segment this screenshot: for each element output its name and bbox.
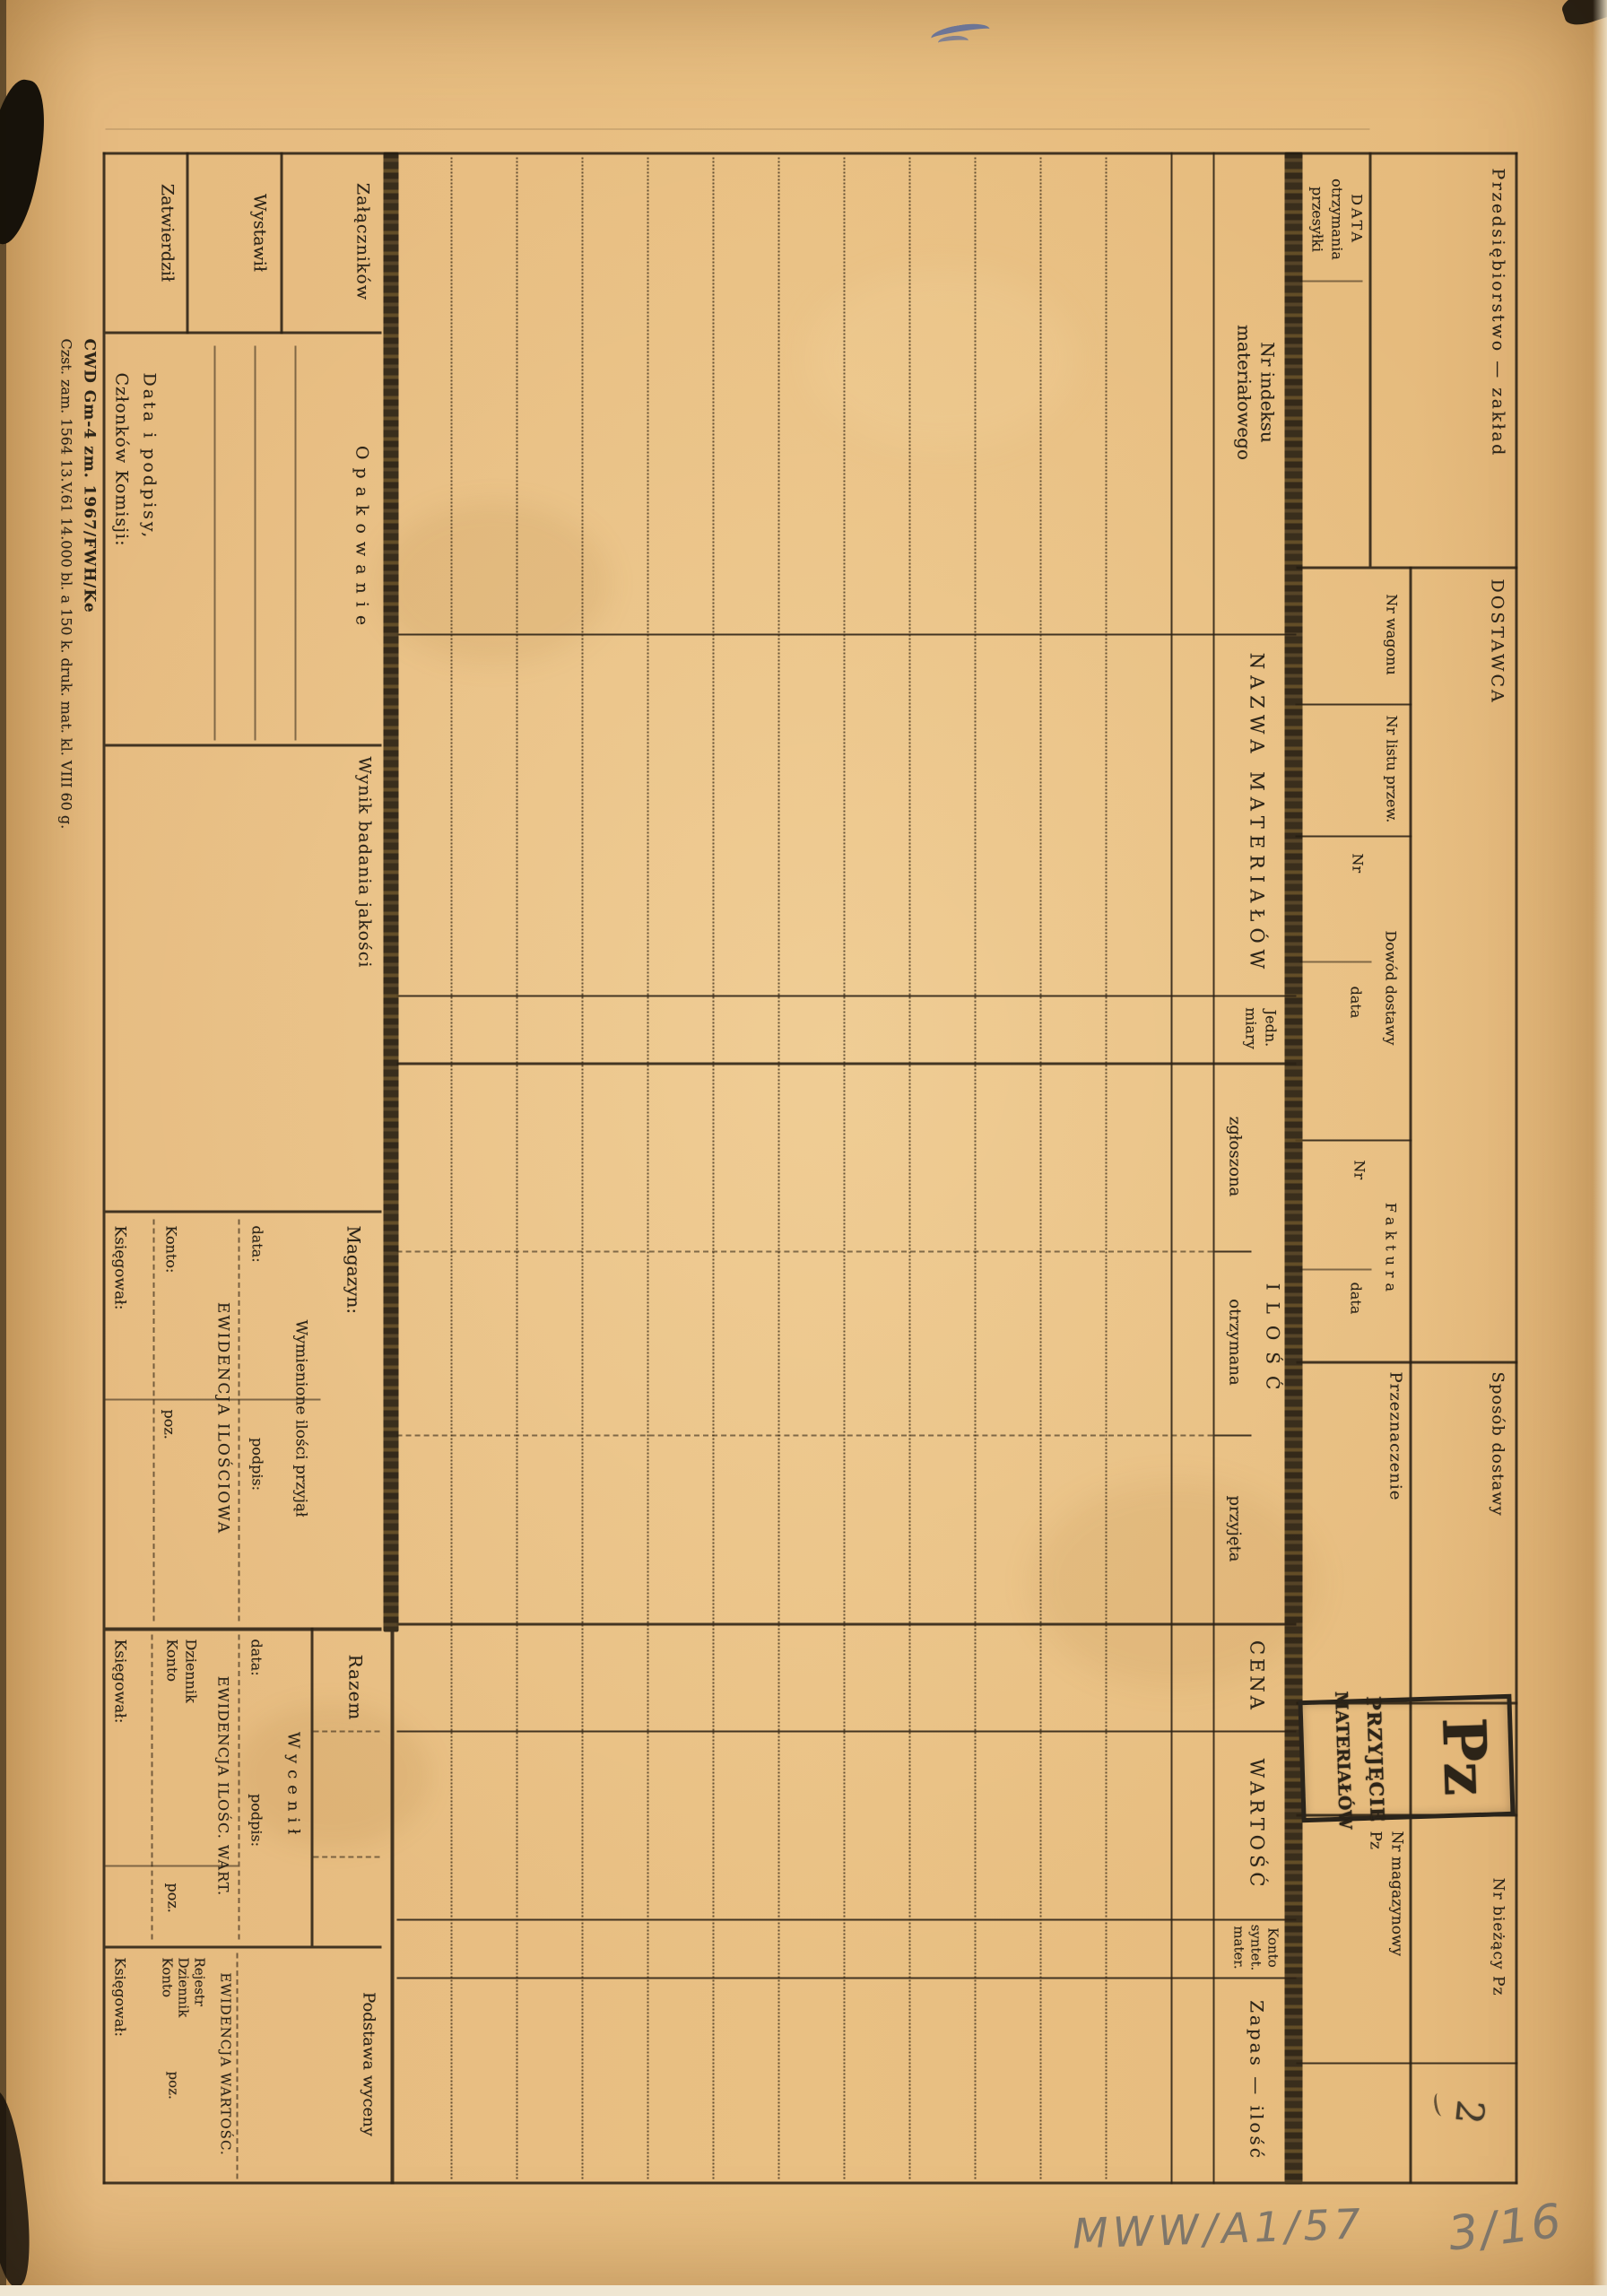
scan-background-bottom xyxy=(0,2285,1607,2296)
col-header-stock: Zapas — ilość xyxy=(1248,2000,1266,2161)
border-line xyxy=(106,744,382,747)
date-received-label-1: DATA xyxy=(1350,194,1364,245)
basis-ledger-label: EWIDENCJA WARTOŚC. xyxy=(219,1972,232,2155)
table-row-separator xyxy=(582,158,584,2179)
wagon-no-label: Nr wagonu xyxy=(1385,594,1399,674)
col-line-qty-sub-2-body xyxy=(397,1435,1213,1437)
magazyn-account-label: Konto: xyxy=(164,1226,178,1274)
border-line xyxy=(281,152,283,335)
magazyn-title: Magazyn: xyxy=(345,1226,363,1315)
razem-band-bottom-line xyxy=(311,1628,314,1946)
torn-edge-right xyxy=(1593,0,1607,2296)
valuation-account-label: Konto xyxy=(165,1639,179,1683)
table-row-separator xyxy=(778,158,780,2179)
basis-account-label: Konto xyxy=(161,1958,174,1998)
issued-by-label: Wystawił xyxy=(251,194,268,272)
scan-edge-shadow-left xyxy=(0,0,6,2296)
delivery-doc-date-label: data xyxy=(1349,987,1363,1019)
waybill-no-label: Nr listu przew. xyxy=(1385,716,1399,823)
basis-title: Podstawa wyceny xyxy=(360,1992,377,2136)
table-row-separator xyxy=(451,158,453,2179)
attachments-label: Załączników xyxy=(354,183,371,300)
committee-caption-2: Członków Komisji: xyxy=(113,373,130,547)
col-header-value: WARTOŚĆ xyxy=(1247,1759,1266,1892)
basis-register-label: Rejestr xyxy=(193,1958,206,2007)
border-line xyxy=(1297,1361,1518,1364)
border-line xyxy=(1410,567,1412,2184)
basis-booked-label: Księgował: xyxy=(113,1958,127,2037)
invoice-label: Faktura xyxy=(1384,1203,1398,1297)
col-header-index-2: materiałowego xyxy=(1236,325,1254,460)
table-row-separator xyxy=(844,158,846,2179)
razem-band-divider xyxy=(314,1731,380,1733)
valuation-journal-label: Dziennik xyxy=(184,1639,198,1703)
table-row-separator xyxy=(517,158,518,2179)
paper-fold-line xyxy=(106,129,1370,130)
border-line xyxy=(1296,704,1412,706)
magazyn-signature-label: podpis: xyxy=(250,1438,265,1491)
scanned-document-page: Przedsiębiorstwo — zakład DATA otrzymani… xyxy=(0,0,1607,2296)
page-reference-handwriting: 3/16 xyxy=(1446,2197,1566,2257)
border-line xyxy=(1297,2063,1518,2065)
packaging-label: Opakowanie xyxy=(353,446,370,633)
border-line xyxy=(106,1946,382,1949)
delivery-method-label: Sposób dostawy xyxy=(1490,1372,1506,1517)
dashed-rule xyxy=(237,1953,239,2179)
summary-row-label: Razem xyxy=(347,1655,365,1721)
table-row-separator xyxy=(647,158,649,2179)
table-header-bottom-line xyxy=(1213,152,1215,2185)
valuation-booked-label: Księgował: xyxy=(112,1639,127,1724)
magazyn-booked-label: Księgował: xyxy=(112,1226,127,1310)
current-no-label: Nr bieżący Pz xyxy=(1490,1878,1506,1996)
basis-poz-label: poz. xyxy=(167,2072,180,2100)
border-line xyxy=(1296,836,1412,838)
col-header-qty-received: otrzymana xyxy=(1227,1299,1243,1385)
col-header-price: CENA xyxy=(1247,1640,1266,1713)
col-line-value-account xyxy=(397,1919,1297,1921)
col-line-price-value xyxy=(397,1731,1297,1733)
col-line-qty-price xyxy=(397,1623,1297,1626)
col-header-qty-accepted: przyjęta xyxy=(1227,1496,1243,1562)
border-line xyxy=(187,152,189,335)
valuation-date-label: data: xyxy=(249,1639,264,1676)
signature-rule-line xyxy=(214,346,216,741)
magazyn-date-label: data: xyxy=(250,1226,265,1263)
col-line-name-unit xyxy=(397,996,1297,997)
col-header-account-1: Konto xyxy=(1266,1927,1280,1968)
dashed-rule xyxy=(239,1220,240,1622)
col-header-index-1: Nr indeksu xyxy=(1259,342,1277,443)
table-row-separator xyxy=(975,158,977,2179)
company-label: Przedsiębiorstwo — zakład xyxy=(1490,169,1507,457)
date-received-label-3: przesyłki xyxy=(1310,187,1325,252)
heavy-separator-bar xyxy=(1285,152,1303,2185)
invoice-divider-tick xyxy=(1300,1269,1372,1271)
form-rotated-canvas: Przedsiębiorstwo — zakład DATA otrzymani… xyxy=(48,117,1607,2260)
delivery-doc-label: Dowód dostawy xyxy=(1384,931,1398,1046)
col-line-unit-qty xyxy=(397,1063,1297,1065)
invoice-nr-label: Nr xyxy=(1352,1161,1367,1180)
signature-rule-line xyxy=(295,346,297,741)
form-border-top xyxy=(1516,152,1518,2185)
pz-receipt-stamp: Pz PRZYJĘCIE MATERIAŁÓW xyxy=(1298,1694,1515,1822)
purpose-label: Przeznaczenie xyxy=(1387,1372,1403,1501)
form-border-right xyxy=(103,2182,1518,2185)
border-line xyxy=(106,1211,382,1213)
basis-journal-label: Dziennik xyxy=(177,1958,190,2018)
warehouse-no-label-2: Pz xyxy=(1368,1831,1383,1849)
col-header-unit-2: miary xyxy=(1244,1007,1258,1049)
supplier-label: DOSTAWCA xyxy=(1489,579,1506,705)
dashed-rule xyxy=(239,1635,240,1940)
valuation-ledger-label: EWIDENCJA ILOŚC. WART. xyxy=(216,1676,230,1897)
border-line xyxy=(1297,567,1518,570)
table-row-separator xyxy=(713,158,715,2179)
border-line xyxy=(106,1628,382,1631)
col-line-account-stock xyxy=(397,1978,1297,1979)
magazyn-ledger-label: EWIDENCJA ILOŚCIOWA xyxy=(215,1302,230,1535)
magazyn-poz-label: poz. xyxy=(162,1410,177,1439)
magazyn-received-label: Wymienione ilości przyjął xyxy=(293,1319,308,1517)
signature-rule-line xyxy=(255,346,256,741)
warehouse-no-label: Nr magazynowy xyxy=(1389,1831,1404,1957)
stamp-text-2: MATERIAŁÓW xyxy=(1332,1691,1353,1830)
col-line-qty-sub-2-header xyxy=(1215,1435,1252,1437)
stamp-text-1: PRZYJĘCIE xyxy=(1364,1696,1386,1823)
magazyn-inner-divider xyxy=(106,1399,321,1401)
date-divider-tick xyxy=(1300,281,1363,283)
print-imprint-line-1: CWD Gm-4 zm. 1967/FWH/Ke xyxy=(82,339,97,613)
col-line-qty-sub-1-header xyxy=(1215,1251,1252,1253)
form-border-left xyxy=(103,152,1518,155)
border-line xyxy=(1369,152,1372,567)
quality-result-label: Wynik badania jakości xyxy=(356,757,373,969)
archive-reference-handwriting: MWW/A1/57 xyxy=(1072,2203,1365,2254)
copy-number-squiggle xyxy=(1432,2092,1446,2118)
razem-band-divider xyxy=(314,1857,380,1858)
col-header-name: NAZWA MATERIAŁÓW xyxy=(1247,653,1266,976)
invoice-date-label: data xyxy=(1349,1283,1363,1315)
col-header-qty-group: ILOŚĆ xyxy=(1264,1283,1282,1402)
table-row-separator xyxy=(909,158,911,2179)
table-row-separator xyxy=(1040,158,1042,2179)
col-header-unit-1: Jedn. xyxy=(1264,1010,1278,1048)
valuation-signature-label: podpis: xyxy=(249,1794,264,1847)
valuation-poz-label: poz. xyxy=(166,1883,180,1913)
table-bottom-thin-border xyxy=(391,1632,395,2185)
col-header-account-2: syntet. xyxy=(1249,1925,1263,1971)
col-line-index-name xyxy=(397,634,1297,636)
form-border-bottom xyxy=(103,152,106,2185)
approved-by-label: Zatwierdził xyxy=(159,184,176,282)
delivery-doc-divider-tick xyxy=(1300,961,1372,963)
col-line-qty-sub-1-body xyxy=(397,1251,1213,1253)
table-bottom-heavy-border xyxy=(384,152,399,1632)
dashed-rule xyxy=(153,1220,155,1622)
border-line xyxy=(106,332,382,335)
table-row-separator xyxy=(1106,158,1108,2179)
border-line xyxy=(1296,1140,1412,1142)
committee-caption-1: Data i podpisy, xyxy=(141,373,158,541)
date-received-label-2: otrzymania xyxy=(1330,178,1344,260)
table-thin-row-line xyxy=(1171,152,1173,2185)
print-imprint-line-2: Czst. zam. 1564 13.V.61 14.000 bl. a 150… xyxy=(59,339,74,830)
col-header-account-3: mater. xyxy=(1232,1926,1246,1969)
copy-number-mark: 2 xyxy=(1449,2098,1490,2126)
delivery-doc-nr-label: Nr xyxy=(1351,854,1365,874)
stamp-code: Pz xyxy=(1434,1717,1496,1796)
valuation-priced-by-label: Wycenił xyxy=(285,1732,301,1840)
dashed-rule xyxy=(152,1635,153,1940)
col-header-qty-declared: zgłoszona xyxy=(1227,1117,1243,1197)
